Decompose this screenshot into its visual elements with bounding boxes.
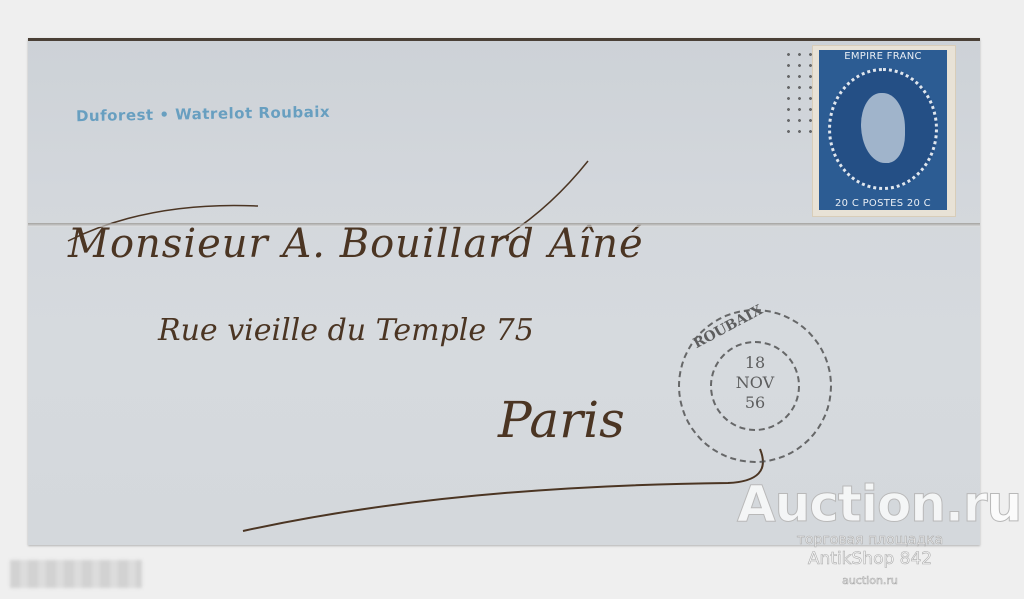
blurred-label bbox=[10, 560, 142, 588]
sender-handstamp: Duforest • Watrelot Roubaix bbox=[76, 103, 330, 125]
watermark-seller: AntikShop 842 bbox=[770, 549, 970, 569]
postmark-date: 18 NOV 56 bbox=[712, 353, 798, 413]
addressee-city: Paris bbox=[498, 391, 625, 449]
watermark-subtitle: торговая площадка bbox=[770, 532, 970, 548]
postmark-date-circle: 18 NOV 56 bbox=[710, 341, 800, 431]
portrait-icon bbox=[861, 93, 905, 163]
postmark-day: 18 bbox=[712, 353, 798, 373]
roubaix-postmark: ROUBAIX 18 NOV 56 bbox=[678, 309, 832, 463]
addressee-name: Monsieur A. Bouillard Aîné bbox=[68, 221, 644, 267]
watermark-site: auction.ru bbox=[770, 574, 970, 587]
stamp-bottom-text: 20 C POSTES 20 C bbox=[819, 198, 947, 209]
letter-cover: Duforest • Watrelot Roubaix EMPIRE FRANC… bbox=[28, 38, 980, 545]
postmark-month: NOV bbox=[712, 373, 798, 393]
postmark-year: 56 bbox=[712, 393, 798, 413]
stamp-top-text: EMPIRE FRANC bbox=[819, 51, 947, 62]
postage-stamp: EMPIRE FRANC 20 C POSTES 20 C bbox=[812, 45, 956, 217]
auction-logo-watermark: Auction.ru bbox=[737, 475, 1021, 533]
stamp-portrait-medallion bbox=[828, 68, 938, 190]
addressee-street: Rue vieille du Temple 75 bbox=[158, 313, 534, 348]
stamp-design: EMPIRE FRANC 20 C POSTES 20 C bbox=[819, 50, 947, 210]
